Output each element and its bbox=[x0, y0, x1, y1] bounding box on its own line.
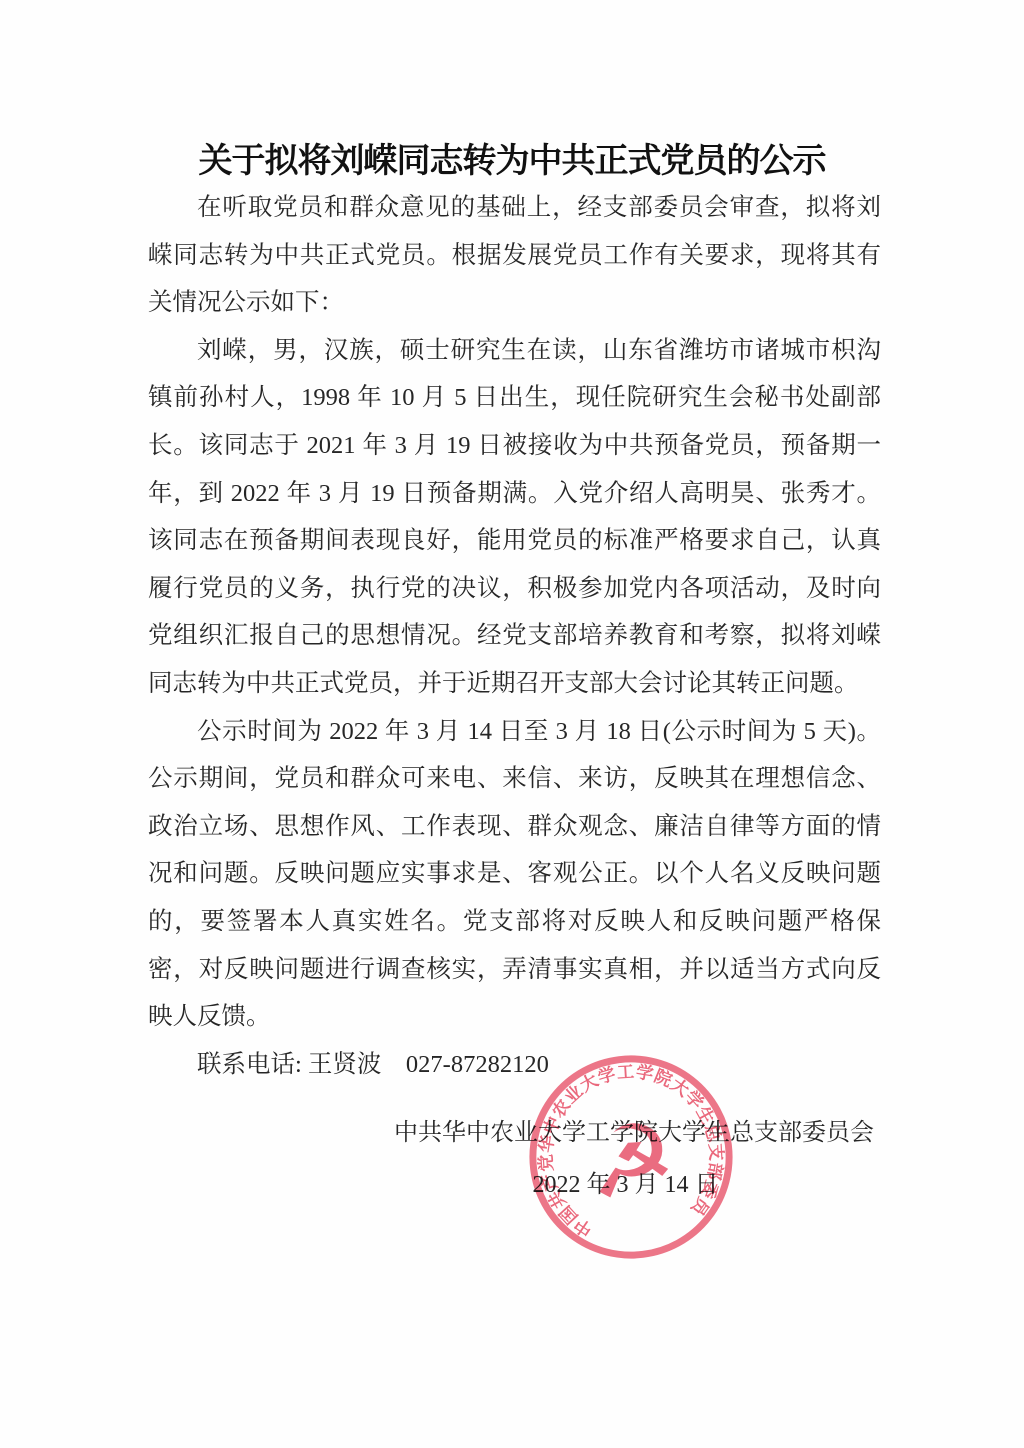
body-paragraph: 在听取党员和群众意见的基础上，经支部委员会审查，拟将刘嵘同志转为中共正式党员。根… bbox=[148, 184, 881, 327]
document-title: 关于拟将刘嵘同志转为中共正式党员的公示 bbox=[0, 133, 1024, 182]
scanned-document-page: 关于拟将刘嵘同志转为中共正式党员的公示 在听取党员和群众意见的基础上，经支部委员… bbox=[0, 0, 1024, 1448]
document-body: 在听取党员和群众意见的基础上，经支部委员会审查，拟将刘嵘同志转为中共正式党员。根… bbox=[148, 184, 881, 1088]
contact-line: 联系电话: 王贤波 027-87282120 bbox=[148, 1041, 881, 1089]
body-paragraph: 刘嵘，男，汉族，硕士研究生在读，山东省潍坊市诸城市枳沟镇前孙村人，1998 年 … bbox=[148, 327, 881, 708]
signature-date: 2022 年 3 月 14 日 bbox=[528, 1164, 723, 1199]
signature-organization: 中共华中农业大学工学院大学生总支部委员会 bbox=[394, 1112, 874, 1147]
body-paragraph: 公示时间为 2022 年 3 月 14 日至 3 月 18 日(公示时间为 5 … bbox=[148, 708, 881, 1041]
